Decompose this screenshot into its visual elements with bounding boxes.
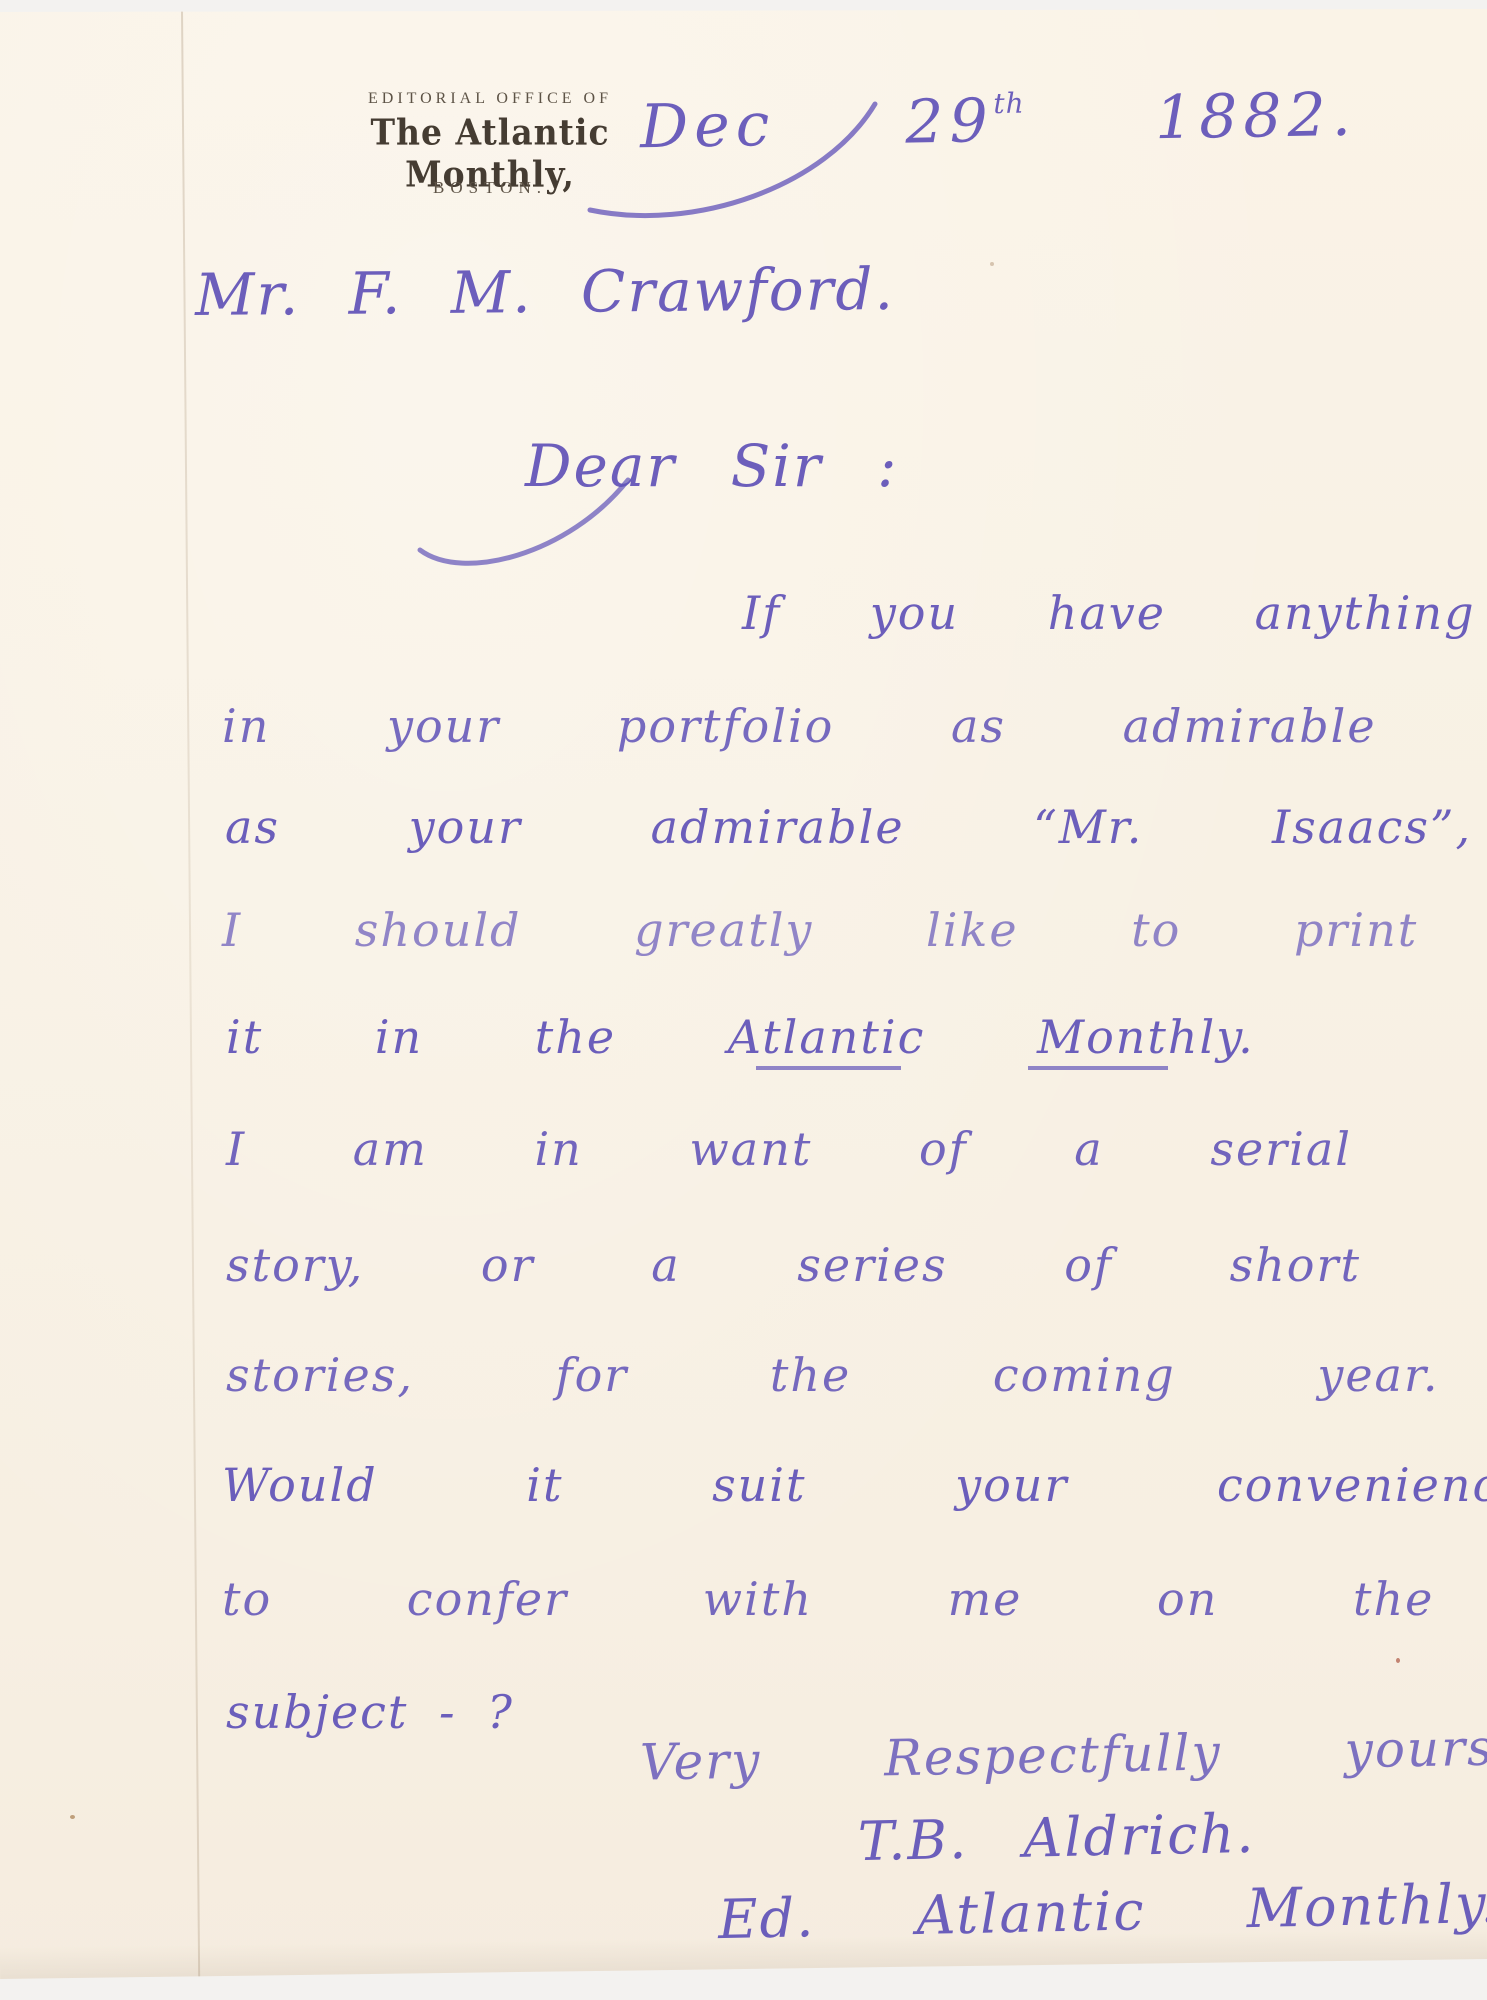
body-line-6: I am in want of a serial [226,1122,1352,1176]
date-line: Dec 29th 1882. [639,80,1357,162]
paper-speck [70,1815,75,1819]
letterhead-city: BOSTON. [290,178,690,198]
body-line-11: subject - ? [226,1685,514,1739]
body-line-5-text: it in the [226,1010,616,1064]
date-day: Dec 29 [639,86,994,162]
recipient-line: Mr. F. M. Crawford. [195,255,896,329]
body-line-1: If you have anything [742,586,1476,640]
body-line-7: story, or a series of short [226,1238,1361,1292]
body-line-10: to confer with me on the [222,1572,1434,1626]
body-line-4: I should greatly like to print [222,903,1418,957]
signature: T.B. Aldrich. [857,1802,1256,1873]
letterhead-office-line: EDITORIAL OFFICE OF [290,90,690,108]
body-line-5-underlined-title: Atlantic Monthly. [728,1010,1255,1072]
body-line-3: as your admirable “Mr. Isaacs”, [225,800,1472,854]
letter-photo: { "letterhead": { "office_line": "EDITOR… [0,0,1487,2000]
closing-line: Very Respectfully yours, [640,1718,1487,1791]
letter-paper: EDITORIAL OFFICE OF The Atlantic Monthly… [0,0,1487,2000]
salutation-line: Dear Sir : [525,432,899,500]
paper-bottom-edge-shadow [0,1929,1487,1987]
body-line-2: in your portfolio as admirable [222,699,1377,753]
body-line-8: stories, for the coming year. [226,1348,1440,1402]
body-line-5: it in the Atlantic Monthly. [226,1010,1255,1064]
paper-speck [990,262,994,266]
body-line-9: Would it suit your convenience [222,1458,1487,1512]
date-year: 1882. [1024,80,1357,156]
paper-speck [1396,1658,1400,1663]
date-ordinal-superscript: th [993,87,1025,121]
